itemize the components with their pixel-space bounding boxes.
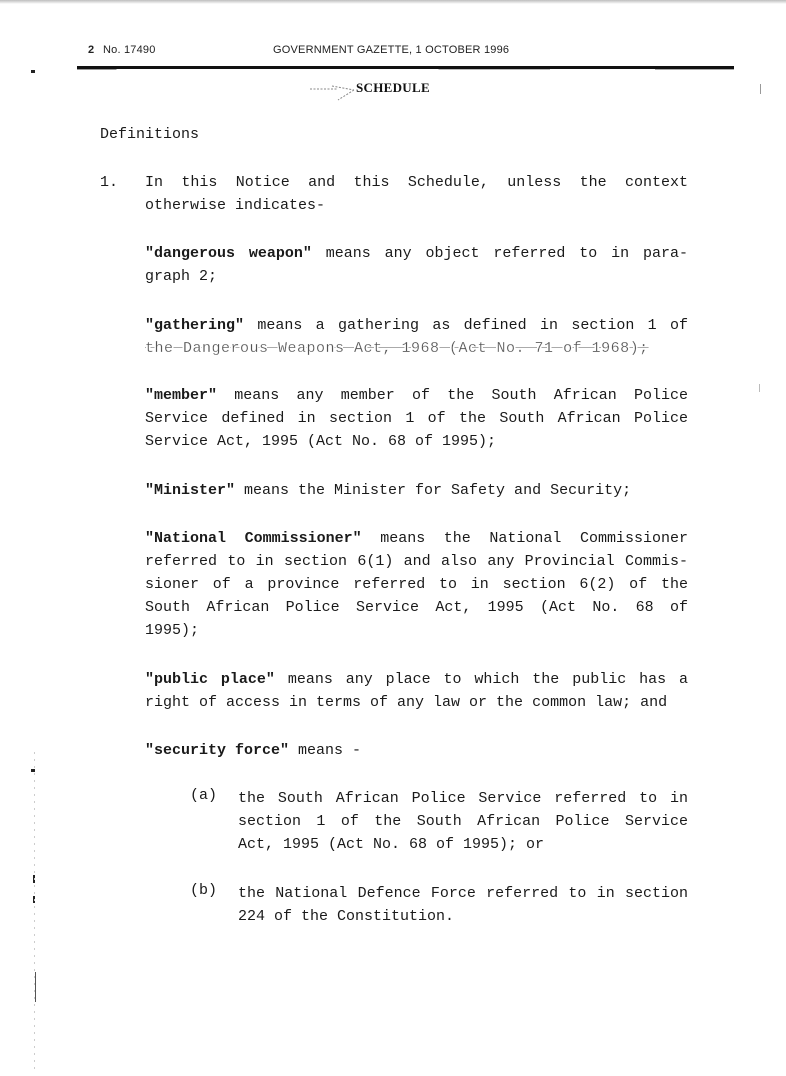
text-line: section 1 of the South African Police Se…	[238, 810, 688, 833]
scan-margin-dots	[34, 752, 35, 1072]
text-line: referred to in section 6(1) and also any…	[145, 550, 688, 573]
handwritten-arrow-icon	[308, 82, 358, 106]
text-line: Service Act, 1995 (Act No. 68 of 1995);	[145, 430, 688, 453]
definition-text: means a gathering as defined in section …	[244, 317, 688, 334]
section-heading: Definitions	[100, 126, 199, 143]
sub-item-label-a: (a)	[190, 787, 217, 804]
defined-term: "dangerous weapon"	[145, 245, 312, 262]
defined-term: "member"	[145, 387, 217, 404]
definition-member: "member" means any member of the South A…	[145, 384, 688, 453]
text-line: the South African Police Service referre…	[238, 787, 688, 810]
defined-term: "National Commissioner"	[145, 530, 362, 547]
gazette-title: GOVERNMENT GAZETTE, 1 OCTOBER 1996	[273, 44, 509, 56]
text-line: otherwise indicates-	[145, 194, 688, 217]
text-line: sioner of a province referred to in sect…	[145, 573, 688, 596]
definition-dangerous-weapon: "dangerous weapon" means any object refe…	[145, 242, 688, 288]
issue-number: No. 17490	[103, 44, 156, 56]
definition-national-commissioner: "National Commissioner" means the Nation…	[145, 527, 688, 642]
defined-term: "Minister"	[145, 482, 235, 499]
schedule-title: SCHEDULE	[356, 80, 430, 96]
definition-text: means -	[289, 742, 361, 759]
sub-item-label-b: (b)	[190, 882, 217, 899]
paragraph-number: 1.	[100, 174, 118, 191]
text-line: the Dangerous Weapons Act, 1968 (Act No.…	[145, 337, 688, 360]
text-line: graph 2;	[145, 265, 688, 288]
scan-mark	[760, 84, 761, 94]
sub-item-b: the National Defence Force referred to i…	[238, 882, 688, 928]
definition-public-place: "public place" means any place to which …	[145, 668, 688, 714]
text-line: 224 of the Constitution.	[238, 905, 688, 928]
defined-term: "public place"	[145, 671, 275, 688]
page-number: 2	[88, 44, 94, 56]
scan-top-edge	[0, 0, 786, 4]
definition-text: means the National Commissioner	[362, 530, 688, 547]
scan-mark	[31, 70, 35, 73]
definition-text: means any object referred to in para-	[312, 245, 688, 262]
definition-gathering: "gathering" means a gathering as defined…	[145, 314, 688, 360]
text-line: In this Notice and this Schedule, unless…	[145, 171, 688, 194]
text-line: Act, 1995 (Act No. 68 of 1995); or	[238, 833, 688, 856]
definition-text: means the Minister for Safety and Securi…	[235, 482, 631, 499]
text-line: South African Police Service Act, 1995 (…	[145, 596, 688, 619]
text-line: Service defined in section 1 of the Sout…	[145, 407, 688, 430]
definition-minister: "Minister" means the Minister for Safety…	[145, 479, 688, 502]
definition-security-force: "security force" means -	[145, 739, 688, 762]
defined-term: "security force"	[145, 742, 289, 759]
scan-mark	[35, 972, 36, 1002]
text-line: the National Defence Force referred to i…	[238, 882, 688, 905]
sub-item-a: the South African Police Service referre…	[238, 787, 688, 856]
scan-mark	[759, 384, 760, 392]
paragraph-intro: In this Notice and this Schedule, unless…	[145, 171, 688, 217]
definition-text: means any member of the South African Po…	[217, 387, 688, 404]
text-line: 1995);	[145, 619, 688, 642]
defined-term: "gathering"	[145, 317, 244, 334]
text-line: right of access in terms of any law or t…	[145, 691, 688, 714]
definition-text: means any place to which the public has …	[275, 671, 688, 688]
header-rule-shadow	[77, 69, 734, 70]
